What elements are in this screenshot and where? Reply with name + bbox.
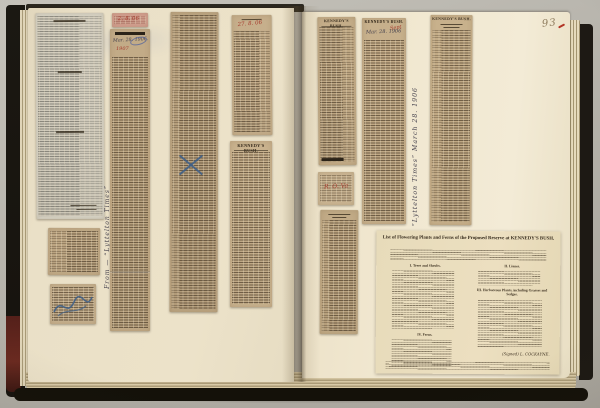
footnote-lines	[386, 361, 550, 370]
section-heading: I. Trees and Shrubs.	[386, 263, 464, 268]
headline-bar	[115, 32, 145, 35]
clipping-column-d-upper: 27. 8. 06	[232, 15, 273, 135]
newsprint-texture	[232, 152, 270, 304]
list-column-left: I. Trees and Shrubs. IV. Ferns.	[386, 263, 465, 368]
newsprint-texture	[50, 231, 98, 272]
clipping-with-blue-scribble	[50, 284, 96, 324]
section-heading: IV. Ferns.	[386, 332, 464, 337]
plant-list	[478, 271, 540, 285]
clipping-heading-stub	[332, 217, 346, 218]
scrapbook-photo: From — “Lyttelton Times” 2. 8. 06 Mar. 2…	[0, 0, 600, 408]
page-number: 93	[541, 17, 557, 29]
newsprint-texture	[364, 40, 404, 221]
clipping-heading-stub	[56, 131, 84, 133]
clipping-column-d-lower: KENNEDY'S BUSH.	[230, 141, 272, 307]
clipping-heading-stub	[328, 214, 350, 215]
list-title: List of Flowering Plants and Ferns of th…	[382, 235, 554, 242]
clipping-heading-stub	[53, 20, 85, 22]
red-check-mark	[558, 23, 565, 28]
clipping-small-square	[48, 228, 100, 275]
subhead-stub	[443, 27, 459, 28]
signature-line: (Signed) L. COCKAYNE.	[472, 352, 550, 357]
clipping-headline: KENNEDY'S BUSH.	[431, 17, 473, 22]
newsprint-texture	[234, 31, 271, 132]
book-cover-bottom	[14, 388, 588, 401]
plant-list	[392, 270, 454, 328]
end-bar	[322, 158, 344, 161]
handwritten-source-note-vertical: “Lyttelton Times” March 28. 1906	[408, 74, 423, 240]
clipping-column-b: Mar. 28. 1906. 1907	[110, 29, 150, 331]
signature-line-stub	[76, 209, 96, 210]
clipping-column-e-lower	[320, 210, 359, 334]
newsprint-texture	[431, 30, 470, 222]
blue-oval-stamp	[129, 35, 147, 47]
clipping-column-g: KENNEDY'S BUSH.	[429, 15, 472, 225]
plant-list	[478, 300, 542, 348]
book-cover-right	[579, 24, 593, 380]
clipping-white-printed	[35, 13, 104, 219]
page-left: From — “Lyttelton Times” 2. 8. 06 Mar. 2…	[28, 8, 294, 382]
headline-rule	[234, 150, 268, 151]
clipping-pink-strip: 2. 8. 06	[112, 13, 148, 27]
handwritten-date-red: 2. 8. 06	[118, 16, 139, 22]
clipping-column-e-upper: KENNEDY'S BUSH.	[317, 17, 356, 165]
handwritten-year-red: 1907	[116, 46, 129, 52]
page-right: 93 KENNEDY'S BUSH. R. O. Va KENNEDY'S BU…	[302, 12, 570, 378]
newsprint-texture	[319, 27, 354, 162]
handwritten-initials-red: R. O. Va	[324, 182, 348, 190]
clipping-red-initials: R. O. Va	[318, 172, 354, 205]
list-column-right: II. Lianes. III. Herbaceous Plants, incl…	[472, 264, 553, 369]
book-cover-red-corner	[6, 316, 21, 392]
clipping-heading-stub	[58, 71, 82, 73]
section-heading: III. Herbaceous Plants, including Grasse…	[472, 288, 552, 298]
handwritten-date: Mar. 28. 1906	[366, 28, 402, 35]
blue-pencil-scribble	[52, 292, 94, 318]
clipping-seam	[110, 271, 150, 273]
newsprint-texture	[37, 16, 102, 216]
newsprint-texture	[322, 220, 357, 331]
signature-line-stub	[70, 205, 96, 206]
printed-plant-list-sheet: List of Flowering Plants and Ferns of th…	[376, 230, 561, 374]
section-heading: II. Lianes.	[472, 264, 552, 269]
newsprint-texture	[112, 57, 148, 328]
clipping-column-f: KENNEDY'S BUSH. Sept Mar. 28. 1906	[362, 18, 406, 224]
subhead-stub	[440, 24, 462, 25]
intro-paragraph	[390, 249, 546, 260]
handwritten-date-red: 27. 8. 06	[237, 20, 262, 28]
clipping-column-c	[169, 12, 218, 312]
